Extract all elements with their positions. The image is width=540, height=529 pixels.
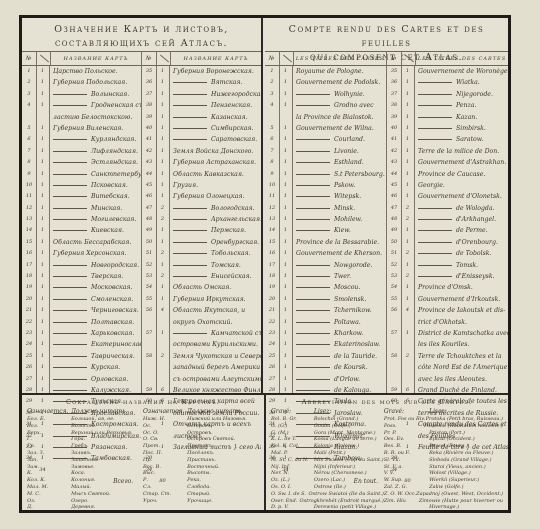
row-number: 8 [22, 157, 36, 168]
index-row: 141Kiew. [265, 225, 386, 236]
map-title: trict d'Okhotsk. [414, 317, 508, 328]
abbr-row: St. V. a.Staroi (Vieux, ancien.) [384, 464, 503, 471]
map-title-text: Екатеринославская. [91, 341, 141, 348]
map-title: Орловская. [49, 374, 141, 385]
abbr-row: Bes. B.Bessel (Bourg.) [384, 443, 503, 450]
abbr-row: Oz. (L.)Ozero (Lac.) [271, 477, 384, 484]
abbr-header-engraved: Означается. [27, 408, 71, 415]
row-number: 43 [142, 157, 156, 168]
index-row: 91S.t Petersbourg. [265, 169, 386, 180]
index-row: 551Губерния Иркутская. [142, 294, 261, 305]
sheet-count: 1 [36, 317, 49, 328]
map-title-text: District de Kamtschatka avec [418, 330, 508, 337]
abbr-row: Выс.Высоты. [143, 470, 259, 477]
abbr-row: Зап.Западный. [27, 457, 143, 464]
map-title: Губерния Подольская. [49, 77, 141, 88]
ditto-dash [296, 322, 330, 323]
row-number: 7 [22, 146, 36, 157]
row-number: 49 [387, 225, 401, 236]
sheet-count: 2 [401, 214, 414, 225]
abbr-meaning: Большой, ая, ое. [71, 416, 143, 423]
map-title-text: ластию Белостокскою. [53, 114, 132, 121]
abbr-meaning: Gora (Mont, Montagne.) [314, 430, 384, 437]
ru-column-header: Название картъ [171, 56, 261, 62]
map-title-text: Province de Caucase. [418, 171, 485, 178]
index-row: 541Province d'Omsk. [387, 282, 508, 293]
ditto-dash [53, 265, 87, 266]
row-number [387, 362, 401, 373]
fr-column-1: №Les titres des Cartes 11Royaume de Polo… [265, 52, 387, 393]
sheet-count: 1 [36, 100, 49, 111]
map-title: Gouvernement d'Irkoutsk. [414, 294, 508, 305]
sheet-count: 2 [401, 248, 414, 259]
index-row: 421Земля Войска Донского. [142, 146, 261, 157]
abbr-meaning: Epical (Occident.) [429, 436, 503, 443]
abbr-header-read: Lisez: [314, 408, 332, 415]
sheet-count: 1 [401, 157, 414, 168]
ditto-dash [418, 219, 452, 220]
map-title-text: Province d'Omsk. [418, 284, 473, 291]
index-row: 551Gouvernement d'Irkoutsk. [387, 294, 508, 305]
abbr-row: Bol. B. Gr.Bolschoi (Grand.) [271, 416, 384, 423]
map-title-text: Харьковская. [91, 330, 134, 337]
map-title-text: Nijegorode. [456, 91, 493, 98]
abbr-row: М. С.Мысъ Святой. [27, 491, 143, 498]
abbr-engraved: M. St. C. du N. [271, 457, 314, 464]
row-number: 24 [22, 339, 36, 350]
abbr-row: Ner. N.Nérou (Chersonese.) [271, 470, 384, 477]
abbr-meaning: Волость. [71, 423, 143, 430]
row-number: 8 [265, 157, 279, 168]
map-title: Полтавская. [49, 317, 141, 328]
map-title-text: Terre de Tchouktches et la [418, 353, 502, 360]
ditto-dash [418, 242, 452, 243]
french-columns: №Les titres des Cartes 11Royaume de Polo… [265, 51, 508, 393]
abbr-engraved: Прот. [143, 443, 187, 450]
abbr-row: K. L. de T.Kossa (Langue de terre.) [271, 436, 384, 443]
sheet-count: 1 [401, 100, 414, 111]
row-number: 55 [142, 294, 156, 305]
abbr-engraved: Ос. [143, 423, 187, 430]
index-row: 391Kazan. [387, 112, 508, 123]
map-title: Енисейская. [169, 271, 261, 282]
sheet-count: 1 [156, 282, 169, 293]
sheet-count: 1 [401, 282, 414, 293]
map-title-text: Пермская. [211, 227, 246, 234]
abbr-engraved: Oes. Ev. [384, 436, 429, 443]
map-title: Moscou. [292, 282, 386, 293]
map-title-text: Томская. [211, 262, 241, 269]
sheet-count: 1 [36, 157, 49, 168]
index-row: avec les iles Aleoutes. [387, 374, 508, 385]
index-row: 11Royaume de Pologne. [265, 66, 386, 77]
row-number: 40 [142, 123, 156, 134]
abbr-meaning: Pristan (Port.) [429, 430, 503, 437]
ditto-dash [296, 230, 330, 231]
sheet-count: 1 [36, 362, 49, 373]
map-title-text: Courland. [334, 136, 365, 143]
map-title: Эстляндская. [49, 157, 141, 168]
map-title-text: Minsk. [334, 205, 355, 212]
sheet-count: 1 [401, 225, 414, 236]
sheet-count: 1 [279, 237, 292, 248]
index-row: 221Poltawa. [265, 317, 386, 328]
ditto-dash [296, 287, 330, 288]
map-title: Губерния Воронежская. [169, 66, 261, 77]
map-title: Province de Caucase. [414, 169, 508, 180]
abbr-engraved: St. V. a. [384, 464, 429, 471]
map-title: d'Orenbourg. [414, 237, 508, 248]
abbreviations-section: Сокращение названий на Картахъ. Означает… [22, 393, 508, 510]
sheet-count: 1 [36, 66, 49, 77]
ru-column-2: №Название картъ 351Губерния Воронежская.… [142, 52, 261, 393]
abbr-meaning: Посёлокъ. [187, 450, 259, 457]
map-title-text: Poltawa. [334, 319, 361, 326]
row-number: 1 [265, 66, 279, 77]
abbr-meaning: Ostrogkhrebét (Endroit marqué.) [300, 498, 384, 505]
row-number: 10 [265, 180, 279, 191]
abbr-column: Означается.Должно читать.Ниж. Н.Нижний и… [143, 408, 259, 511]
abbr-meaning: Верхний или Верховья. [71, 430, 143, 437]
fr-column-header: Les titres des Cartes [416, 56, 508, 62]
map-title: Grodno avec [292, 100, 386, 111]
index-row: 41Grodno avec [265, 100, 386, 111]
map-title: Пензенская. [169, 100, 261, 111]
map-title: Земля Войска Донского. [169, 146, 261, 157]
map-title-text: Nowgorode. [334, 262, 372, 269]
index-row: 564Область Якутская, и [142, 305, 261, 316]
index-row: островами Курильскими. [142, 339, 261, 350]
sheet-count: 1 [156, 169, 169, 180]
index-row: 51Губерния Виленская. [22, 123, 141, 134]
map-title-text: Курская. [91, 364, 120, 371]
abbr-row: Г.Гора. [27, 436, 143, 443]
map-title: ластию Белостокскою. [49, 112, 141, 123]
row-number: 24 [265, 339, 279, 350]
abbr-engraved: Ос. О. [143, 430, 187, 437]
map-title-text: Курляндская. [91, 136, 136, 143]
map-title: Nijegorode. [414, 89, 508, 100]
sheet-count: 1 [279, 294, 292, 305]
index-row: 501d'Orenbourg. [387, 237, 508, 248]
row-number: 16 [265, 248, 279, 259]
sheet-count [156, 339, 169, 350]
ditto-dash [53, 162, 87, 163]
index-row: 441Province de Caucase. [387, 169, 508, 180]
map-title: Земля Чукотская и Северо- [169, 351, 261, 362]
map-title: Courland. [292, 134, 386, 145]
sheet-count [401, 374, 414, 385]
abbr-engraved: Вол. [27, 423, 71, 430]
map-title: Губерния Херсонская. [49, 248, 141, 259]
row-number: 6 [22, 134, 36, 145]
map-title: Тверская. [49, 271, 141, 282]
row-number: 17 [265, 260, 279, 271]
index-row: 472Вологодская. [142, 203, 261, 214]
index-row: 431Gouvernement d'Astrakhan. [387, 157, 508, 168]
sheet-count: 1 [279, 180, 292, 191]
sheet-count: 1 [279, 123, 292, 134]
row-number [142, 362, 156, 373]
sheet-count: 4 [401, 305, 414, 316]
abbr-engraved: К. [27, 470, 71, 477]
row-number: 46 [142, 191, 156, 202]
map-title: Province d'Omsk. [414, 282, 508, 293]
abbr-meaning: Bolschoi (Grand.) [314, 416, 384, 423]
abbr-row: W. Sup.Wierkii (Superieur.) [384, 477, 503, 484]
row-number: 44 [387, 169, 401, 180]
index-row: 431Губерния Астраханская. [142, 157, 261, 168]
abbr-row: Oser. End.Ostrogkhrebét (Endroit marqué.… [271, 498, 384, 505]
ditto-dash [296, 162, 330, 163]
map-title-text: Казанская. [211, 114, 248, 121]
ditto-dash [296, 356, 330, 357]
abbr-row: Бол. Б.Большой, ая, ое. [27, 416, 143, 423]
ditto-dash [296, 276, 330, 277]
sheet-count: 1 [36, 237, 49, 248]
map-title: Nowgorode. [292, 260, 386, 271]
index-row: 191Moscou. [265, 282, 386, 293]
map-title-text: de Koursk. [334, 364, 368, 371]
map-title-text: d'Enisseysk. [456, 273, 495, 280]
abbr-engraved: Зал. З. [27, 450, 71, 457]
row-number: 16 [22, 248, 36, 259]
index-row: 211Черниговская. [22, 305, 141, 316]
sheet-count: 1 [36, 328, 49, 339]
abbr-row: Уроч.Урочище. [143, 498, 259, 505]
abbr-engraved: Зап. [27, 457, 71, 464]
row-number: 25 [265, 351, 279, 362]
index-row: западный берегъ Америки [142, 362, 261, 373]
index-row: 491Пермская. [142, 225, 261, 236]
map-title-text: Kiew. [334, 227, 351, 234]
sheet-count: 1 [401, 180, 414, 191]
abbr-engraved: Mal. P. [271, 450, 314, 457]
map-title: Саратовская. [169, 134, 261, 145]
abbr-row: Pr. P.Pristan (Port.) [384, 430, 503, 437]
map-title-text: Киевская. [91, 227, 124, 234]
sheet-count: 1 [401, 77, 414, 88]
map-title-text: Область Якутская, и [173, 307, 245, 314]
map-title: Гродненская съ об- [49, 100, 141, 111]
ditto-dash [53, 151, 87, 152]
abbr-engraved: Zim. Hiv. [384, 498, 419, 505]
map-title: District de Kamtschatka avec [414, 328, 508, 339]
sheet-count: 2 [401, 351, 414, 362]
abbr-row: D. p. V.Derewnia (petit Village.) [271, 504, 384, 511]
map-title-text: Смоленская. [91, 296, 133, 303]
map-title: Симбирская. [169, 123, 261, 134]
row-number: 14 [22, 225, 36, 236]
map-title: Gouvernement de Wilna. [292, 123, 386, 134]
row-number: 2 [265, 77, 279, 88]
abbr-meaning: Possélok (Habitation nouvelle.) [424, 423, 503, 430]
ditto-dash [418, 128, 452, 129]
abbr-row: Оз.Озеро. [27, 498, 143, 505]
abbr-header-read: Должно читать. [187, 408, 243, 415]
ditto-dash [173, 105, 207, 106]
map-title-text: avec les iles Aleoutes. [418, 376, 487, 383]
index-row: 571District de Kamtschatka avec [387, 328, 508, 339]
sheet-count: 1 [36, 180, 49, 191]
map-title-text: Gouvernement de Woronège. [418, 68, 508, 75]
abbr-engraved: Сл. [143, 484, 187, 491]
ditto-dash [53, 174, 87, 175]
abbr-row: Mal. P.Malii (Petit.) [271, 450, 384, 457]
index-row: 91Санктпетербургская. [22, 169, 141, 180]
sheet-count: 1 [156, 123, 169, 134]
index-row: 541Область Омская. [142, 282, 261, 293]
map-title: d'Orlow. [292, 374, 386, 385]
abbr-meaning: Малый. [71, 484, 143, 491]
abbr-engraved: Кол. К. [27, 477, 71, 484]
abbr-row: Hivernage.) [384, 504, 503, 511]
ditto-dash [418, 276, 452, 277]
abbr-meaning: Zaliw (Golfe.) [429, 484, 503, 491]
row-number: 11 [22, 191, 36, 202]
map-title: Pskow. [292, 180, 386, 191]
map-title: Санктпетербургская. [49, 169, 141, 180]
abbr-row: Ос. О.Островъ. [143, 430, 259, 437]
map-title-text: Архангельская. [211, 216, 261, 223]
abbr-engraved: Sl. Vil. [384, 457, 429, 464]
sheet-count: 1 [36, 123, 49, 134]
abbr-row: M. St. C. du N.Mis Swiatoi (Cap du Saint… [271, 457, 384, 464]
abbr-engraved: Z. O. W. Occ. [384, 491, 416, 498]
map-title: Тобольская. [169, 248, 261, 259]
map-title: Киевская. [49, 225, 141, 236]
index-row: les iles Kouriles. [387, 339, 508, 350]
map-title-text: Черниговская. [91, 307, 139, 314]
sheet-count: 1 [36, 260, 49, 271]
abbr-meaning: Reka (Rivière ou Fleuve.) [429, 450, 503, 457]
abbr-meaning: Островъ Святой. [187, 436, 259, 443]
index-row: 141Киевская. [22, 225, 141, 236]
abbr-engraved: V. V. [384, 470, 429, 477]
map-title-text: островами Курильскими. [173, 341, 258, 348]
map-title: Смоленская. [49, 294, 141, 305]
map-title-text: Губерния Виленская. [53, 125, 123, 132]
index-row: 61Courland. [265, 134, 386, 145]
sheet-count: 1 [36, 214, 49, 225]
row-number: 21 [22, 305, 36, 316]
index-row: 181Тверская. [22, 271, 141, 282]
abbr-meaning: Колония. [71, 477, 143, 484]
abbr-header: Означается.Должно читать. [143, 408, 259, 415]
row-number: 54 [387, 282, 401, 293]
sheet-count: 1 [36, 134, 49, 145]
map-title-text: Penza. [456, 102, 476, 109]
abbr-engraved: Kol. K. Col. [271, 443, 314, 450]
abbr-meaning: Ostrow Swiatoi (Ile du Saint.) [309, 491, 384, 498]
map-title-text: Wiatka. [456, 79, 480, 86]
abbr-row: Ниж. Н.Нижний или Низовья. [143, 416, 259, 423]
map-title-text: Новгородская. [91, 262, 139, 269]
sheet-count: 1 [279, 157, 292, 168]
sheet-count [279, 112, 292, 123]
sheet-count: 1 [36, 203, 49, 214]
row-number: 9 [265, 169, 279, 180]
index-row: 411Саратовская. [142, 134, 261, 145]
row-number: 51 [387, 248, 401, 259]
ditto-dash [296, 185, 330, 186]
abbr-engraved: Д. [27, 504, 71, 511]
row-number: 25 [22, 351, 36, 362]
sheet-count: 1 [156, 157, 169, 168]
index-row: съ островами Алеутскими. [142, 374, 261, 385]
row-number: 4 [22, 100, 36, 111]
abbr-meaning: Derewnia (petit Village.) [314, 504, 384, 511]
row-number: 22 [22, 317, 36, 328]
row-number: 42 [142, 146, 156, 157]
map-title-text: Область Кавказская. [173, 171, 244, 178]
index-row: 351Губерния Воронежская. [142, 66, 261, 77]
abbr-meaning: Коса. [71, 470, 143, 477]
ditto-dash [296, 94, 330, 95]
map-title-text: d'Orenbourg. [456, 239, 498, 246]
map-title-text: Псковская. [91, 182, 128, 189]
row-number: 10 [22, 180, 36, 191]
map-title-text: Вологодская. [211, 205, 255, 212]
ditto-dash [173, 117, 207, 118]
abbr-meaning: Река. [187, 477, 259, 484]
index-row: 181Twer. [265, 271, 386, 282]
abbr-engraved: Bes. B. [384, 443, 429, 450]
map-title-text: съ островами Алеутскими. [173, 376, 261, 383]
abbr-row: Мал. М.Малый. [27, 484, 143, 491]
map-title: Penza. [414, 100, 508, 111]
sheet-count: 1 [156, 66, 169, 77]
ditto-dash [53, 94, 87, 95]
map-title: d'Enisseysk. [414, 271, 508, 282]
row-number [387, 339, 401, 350]
index-row: 482d'Arkhangel. [387, 214, 508, 225]
abbr-engraved: Вос. В. [143, 464, 187, 471]
abbr-row: Пос. П.Посёлокъ. [143, 450, 259, 457]
sheet-count [401, 339, 414, 350]
sheet-count: 2 [156, 203, 169, 214]
abbr-engraved: G. (M.) [271, 430, 314, 437]
sheet-count: 1 [156, 191, 169, 202]
sheet-count: 1 [36, 271, 49, 282]
ditto-dash [53, 356, 87, 357]
map-title: Smolensk. [292, 294, 386, 305]
abbr-meaning: Зимовье. [71, 464, 143, 471]
fr-abbr-title: Abbreviation des mots sur les Cartes. [271, 398, 503, 406]
map-title-text: Лифляндская. [91, 148, 138, 155]
row-number: 50 [387, 237, 401, 248]
map-title: Terre de la milice de Don. [414, 146, 508, 157]
index-row: 411Saratow. [387, 134, 508, 145]
index-row: 251Таврическая. [22, 351, 141, 362]
map-title-text: Область Бессарабская. [53, 239, 131, 246]
map-title-text: Губерния Астраханская. [173, 159, 256, 166]
map-title-text: Губерния Иркутская. [173, 296, 246, 303]
sheet-count: 1 [36, 339, 49, 350]
ditto-dash [53, 276, 87, 277]
sheet-count: 1 [401, 89, 414, 100]
map-title: Terre de Tchouktches et la [414, 351, 508, 362]
abbr-row: Sl. Vil.Sloboda (Grand Village.) [384, 457, 503, 464]
ditto-dash [53, 219, 87, 220]
sheet-count: 1 [36, 77, 49, 88]
row-number: 3 [22, 89, 36, 100]
abbr-meaning: Островъ. [187, 430, 259, 437]
abbr-row: Prot. Fos ou Riv.Protoka (Petit bras, Ru… [384, 416, 503, 423]
index-row: 381Penza. [387, 100, 508, 111]
map-title: Архангельская. [169, 214, 261, 225]
abbr-engraved: Ner. N. [271, 470, 314, 477]
